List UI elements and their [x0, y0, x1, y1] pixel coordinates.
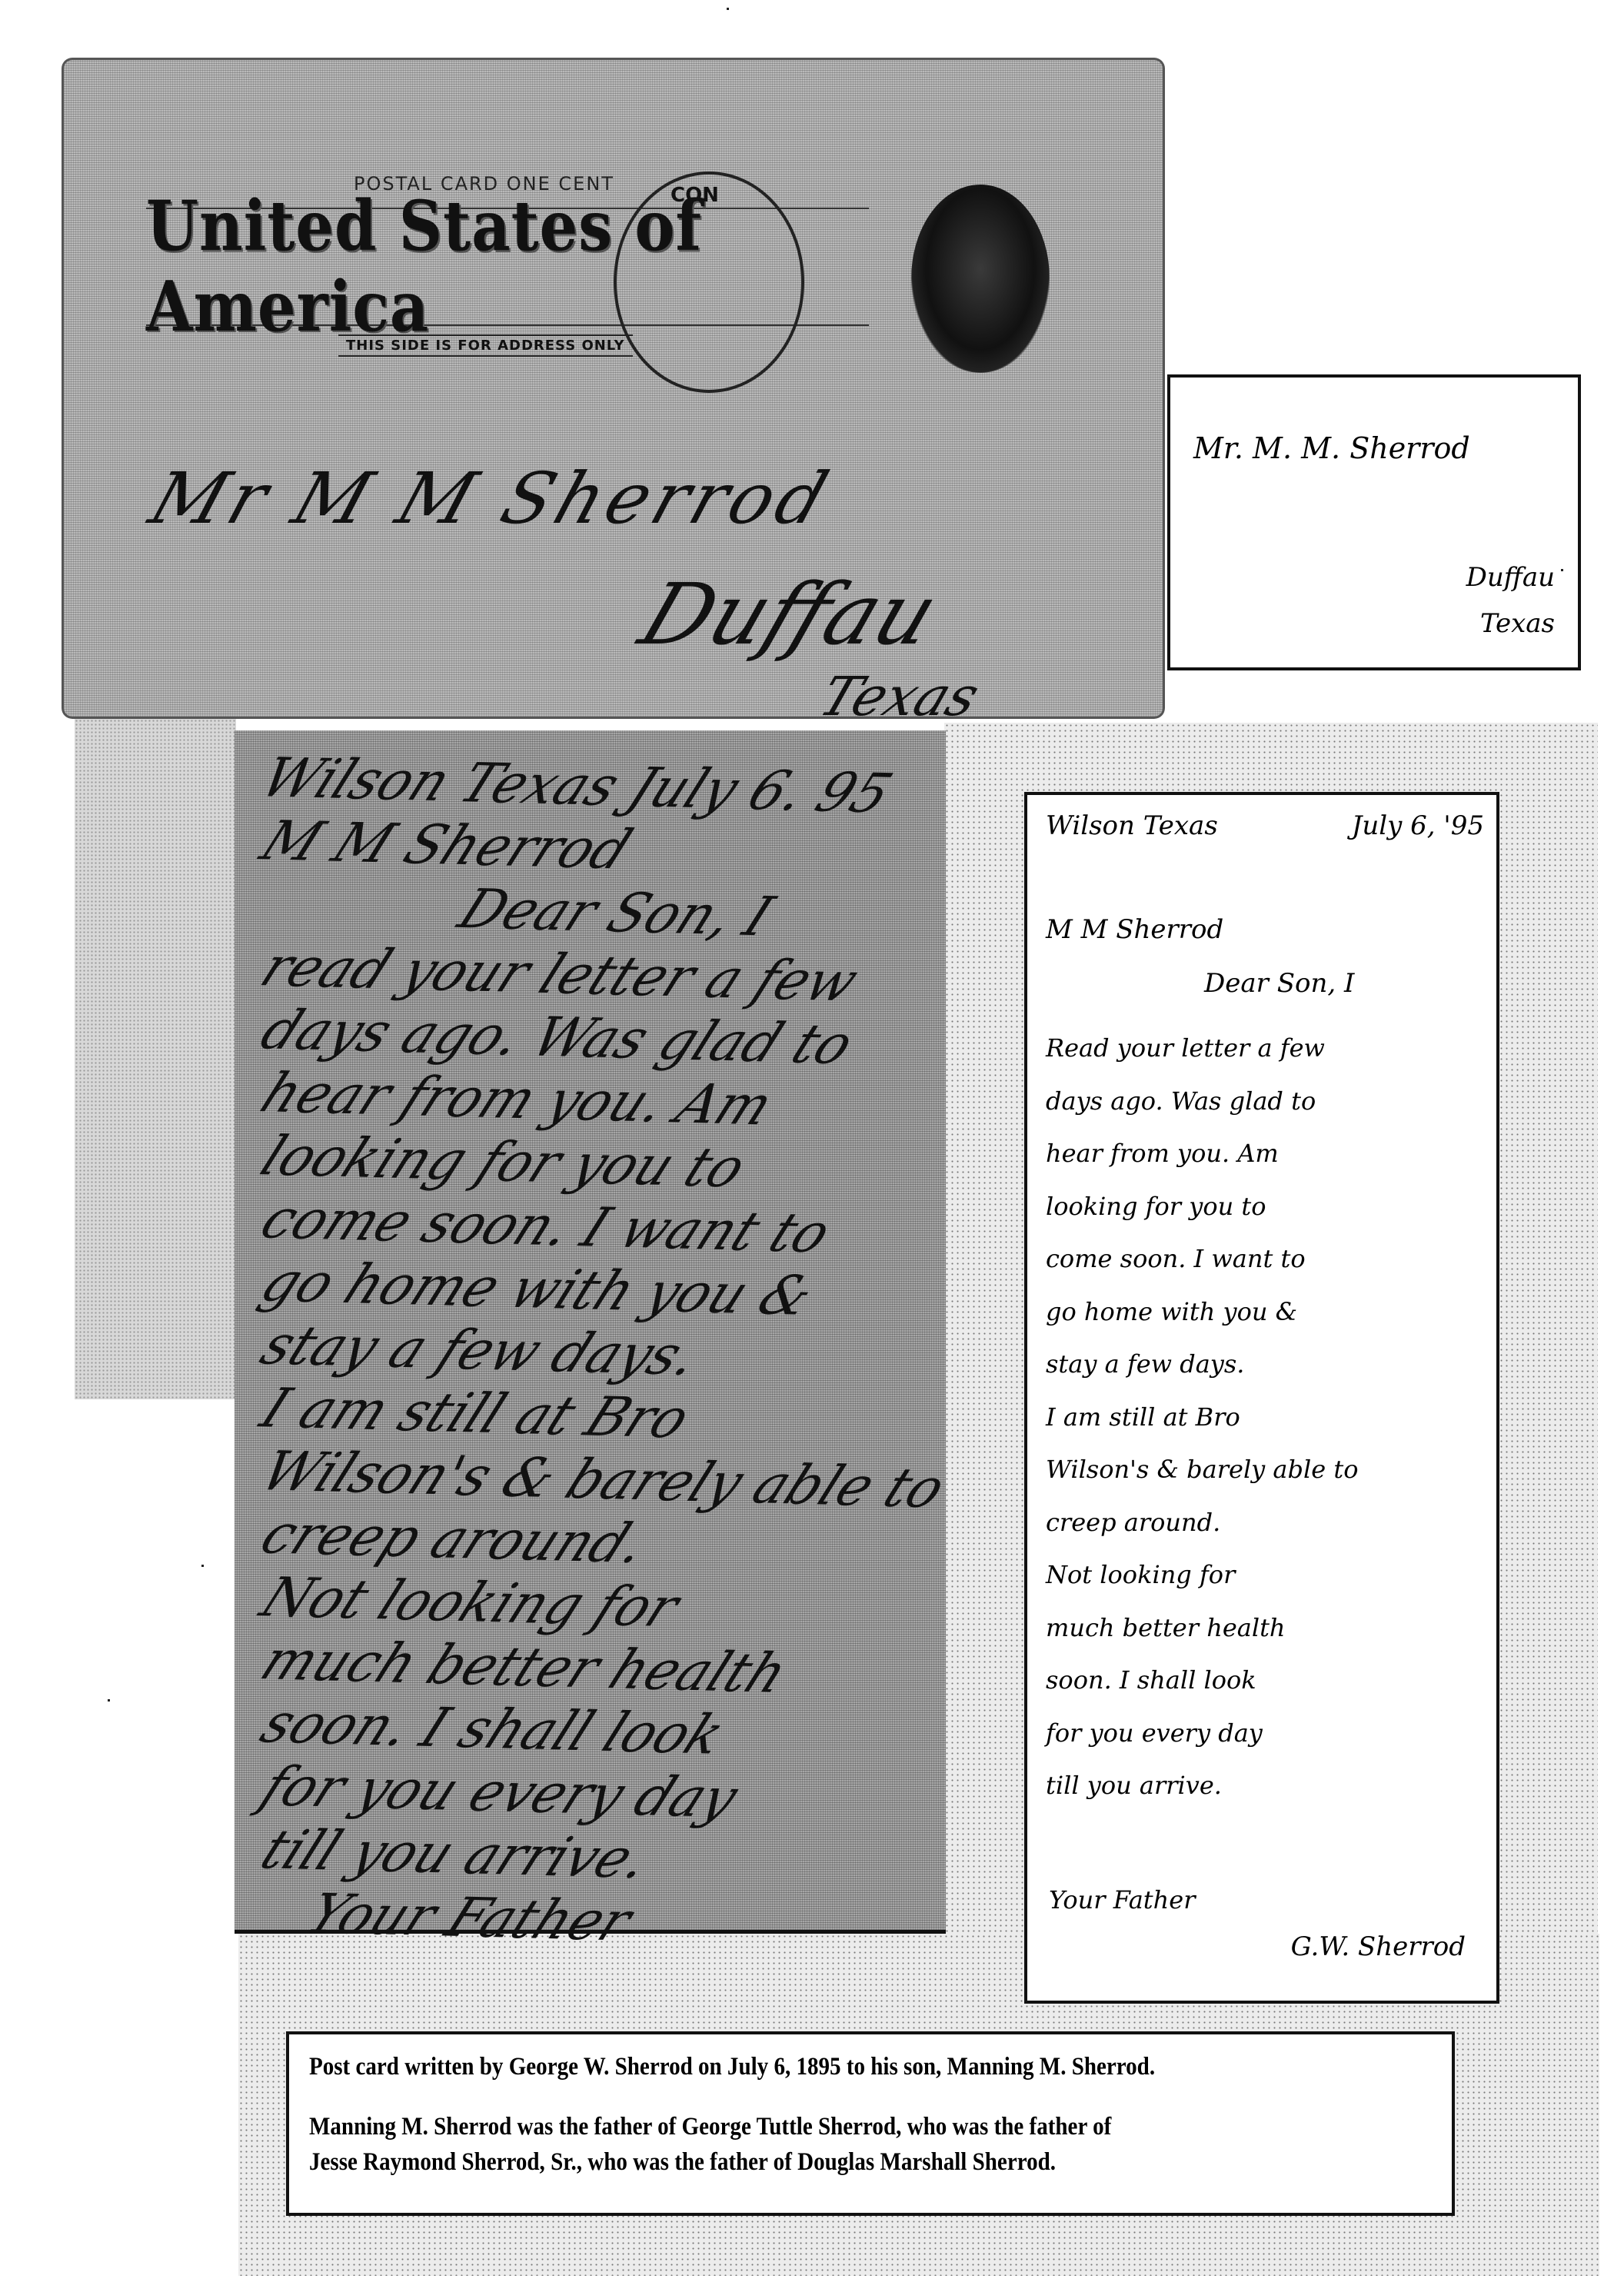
transcription-line: creep around. [1046, 1496, 1358, 1549]
transcription-line: hear from you. Am [1046, 1127, 1358, 1180]
scan-speck [201, 1565, 204, 1567]
transcription-line: days ago. Was glad to [1046, 1075, 1358, 1128]
transcription-recipient: M M Sherrod [1046, 914, 1223, 945]
transcription-line: I am still at Bro [1046, 1391, 1358, 1444]
scan-speck [1561, 569, 1563, 571]
handwritten-message: Wilson Texas July 6. 95 M M Sherrod Dear… [265, 746, 930, 1944]
transcription-body: Read your letter a few days ago. Was gla… [1046, 1022, 1358, 1812]
postcard-back-scan: Wilson Texas July 6. 95 M M Sherrod Dear… [235, 730, 946, 1934]
handwritten-address-name: Mr M M Sherrod [141, 457, 842, 540]
handwritten-address-city: Duffau [628, 565, 951, 664]
transcription-line: come soon. I want to [1046, 1232, 1358, 1286]
postmark-icon: CON [614, 171, 804, 393]
postmark-text: CON [671, 184, 719, 207]
caption-lineage-line: Manning M. Sherrod was the father of Geo… [309, 2109, 1297, 2144]
address-name: Mr. M. M. Sherrod [1193, 431, 1470, 465]
address-city: Duffau [1466, 562, 1555, 593]
transcription-line: stay a few days. [1046, 1338, 1358, 1391]
address-state: Texas [1480, 608, 1555, 639]
transcription-salutation: Dear Son, I [1204, 968, 1354, 999]
caption-lineage-line: Jesse Raymond Sherrod, Sr., who was the … [309, 2144, 1297, 2180]
caption-line: Post card written by George W. Sherrod o… [309, 2053, 1297, 2081]
transcription-heading: Wilson Texas July 6, '95 [1046, 810, 1484, 841]
handwritten-address-state: Texas [811, 665, 988, 728]
transcription-line: soon. I shall look [1046, 1654, 1358, 1707]
transcription-line: Not looking for [1046, 1548, 1358, 1602]
transcription-line: till you arrive. [1046, 1759, 1358, 1812]
stamp-portrait-icon [911, 185, 1050, 373]
transcription-signature: G.W. Sherrod [1291, 1931, 1466, 1962]
transcription-place: Wilson Texas [1046, 810, 1218, 841]
transcription-line: Wilson's & barely able to [1046, 1443, 1358, 1496]
address-transcription-box: Mr. M. M. Sherrod Duffau Texas [1167, 374, 1581, 670]
transcription-line: go home with you & [1046, 1286, 1358, 1339]
postcard-front-scan: POSTAL CARD ONE CENT United States of Am… [62, 58, 1165, 719]
transcription-line: much better health [1046, 1602, 1358, 1655]
transcription-line: Read your letter a few [1046, 1022, 1358, 1075]
transcription-line: for you every day [1046, 1707, 1358, 1760]
transcription-line: looking for you to [1046, 1180, 1358, 1233]
caption-box: Post card written by George W. Sherrod o… [286, 2031, 1455, 2216]
transcription-date: July 6, '95 [1352, 810, 1484, 841]
postcard-address-notice: THIS SIDE IS FOR ADDRESS ONLY [338, 334, 633, 357]
caption-lineage: Manning M. Sherrod was the father of Geo… [309, 2109, 1297, 2180]
letter-transcription-box: Wilson Texas July 6, '95 M M Sherrod Dea… [1024, 792, 1499, 2004]
scan-speck [108, 1699, 110, 1702]
scan-speck [727, 8, 729, 10]
transcription-closing: Your Father [1049, 1885, 1196, 1914]
background-halftone-left [75, 719, 236, 1399]
